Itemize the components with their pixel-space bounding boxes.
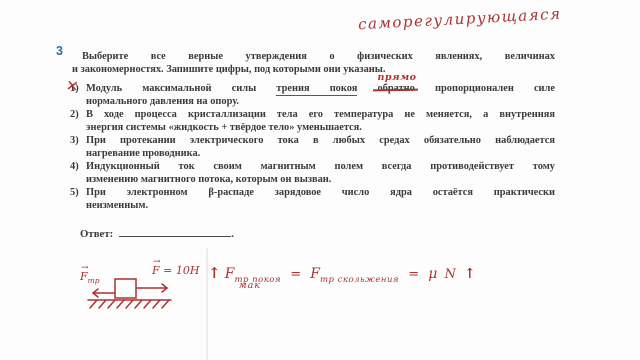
statement-5-line-2: неизменным. [86,199,555,212]
red-underlined-phrase: трения покоя [276,83,357,96]
applied-force-label: →F = 10Н [152,264,199,277]
statement-list: 1) ✕ Модуль максимальной силы трения пок… [86,82,555,212]
sliding-friction-symbol: Fтр скольжения [310,266,399,282]
equals-sign: = [290,267,301,282]
friction-force-label: →Fтр [80,270,100,285]
statement-1-line-1: Модуль максимальной силы трения покоя об… [86,82,555,95]
question-number: 3 [56,44,63,58]
max-subscript: мак [239,280,261,291]
vector-arrow-icon: → [81,263,88,273]
statement-4-line-2: изменению магнитного потока, которым он … [86,173,555,186]
statement-1-line-2: нормального давления на опору. [86,95,555,108]
answer-period: . [231,228,234,240]
handwritten-correction: прямо [377,73,422,82]
answer-row: Ответ:. [80,226,234,240]
statement-4: 4) Индукционный ток своим магнитным поле… [86,160,555,186]
intro-line: Выберите все верные утверждения о физиче… [72,50,555,63]
red-cross-icon: ✕ [65,78,80,95]
handwritten-note: саморегулирующаяся [358,5,562,34]
statement-3-number: 3) [70,134,84,147]
mu-symbol: μ [428,266,437,282]
red-struck-word: обратно прямо [377,82,414,95]
statement-4-number: 4) [70,160,84,173]
statement-5-number: 5) [70,186,84,199]
answer-label: Ответ: [80,228,113,240]
up-arrow-icon: ↑ [464,266,476,282]
problem-intro: Выберите все верные утверждения о физиче… [72,50,555,76]
statement-1-number: 1) ✕ [70,82,84,95]
statement-5: 5) При электронном β-распаде зарядовое ч… [86,186,555,212]
statement-1: 1) ✕ Модуль максимальной силы трения пок… [86,82,555,108]
vector-arrow-icon: → [153,257,160,267]
statement-4-line-1: Индукционный ток своим магнитным полем в… [86,160,555,173]
answer-blank [119,226,231,237]
intro-line: и закономерностях. Запишите цифры, под к… [72,63,555,76]
statement-2-line-1: В ходе процесса кристаллизации тела его … [86,108,555,121]
statement-2: 2) В ходе процесса кристаллизации тела е… [86,108,555,134]
statement-3: 3) При протекании электрического тока в … [86,134,555,160]
static-friction-symbol: Fтр покоямак [225,266,281,282]
block-shape [115,279,136,298]
statement-5-line-1: При электронном β-распаде зарядовое числ… [86,186,555,199]
statement-3-line-1: При протекании электрического тока в люб… [86,134,555,147]
equals-sign: = [408,267,419,282]
up-arrow-icon: ↑ [208,264,221,282]
statement-2-number: 2) [70,108,84,121]
worksheet-page: саморегулирующаяся 3 Выберите все верные… [0,0,640,360]
handwritten-formula: ↑ Fтр покоямак = Fтр скольжения = μ N ↑ [208,264,476,285]
statement-3-line-2: нагревание проводника. [86,147,555,160]
statement-2-line-2: энергия системы «жидкость + твёрдое тело… [86,121,555,134]
normal-force-symbol: N [445,267,456,282]
